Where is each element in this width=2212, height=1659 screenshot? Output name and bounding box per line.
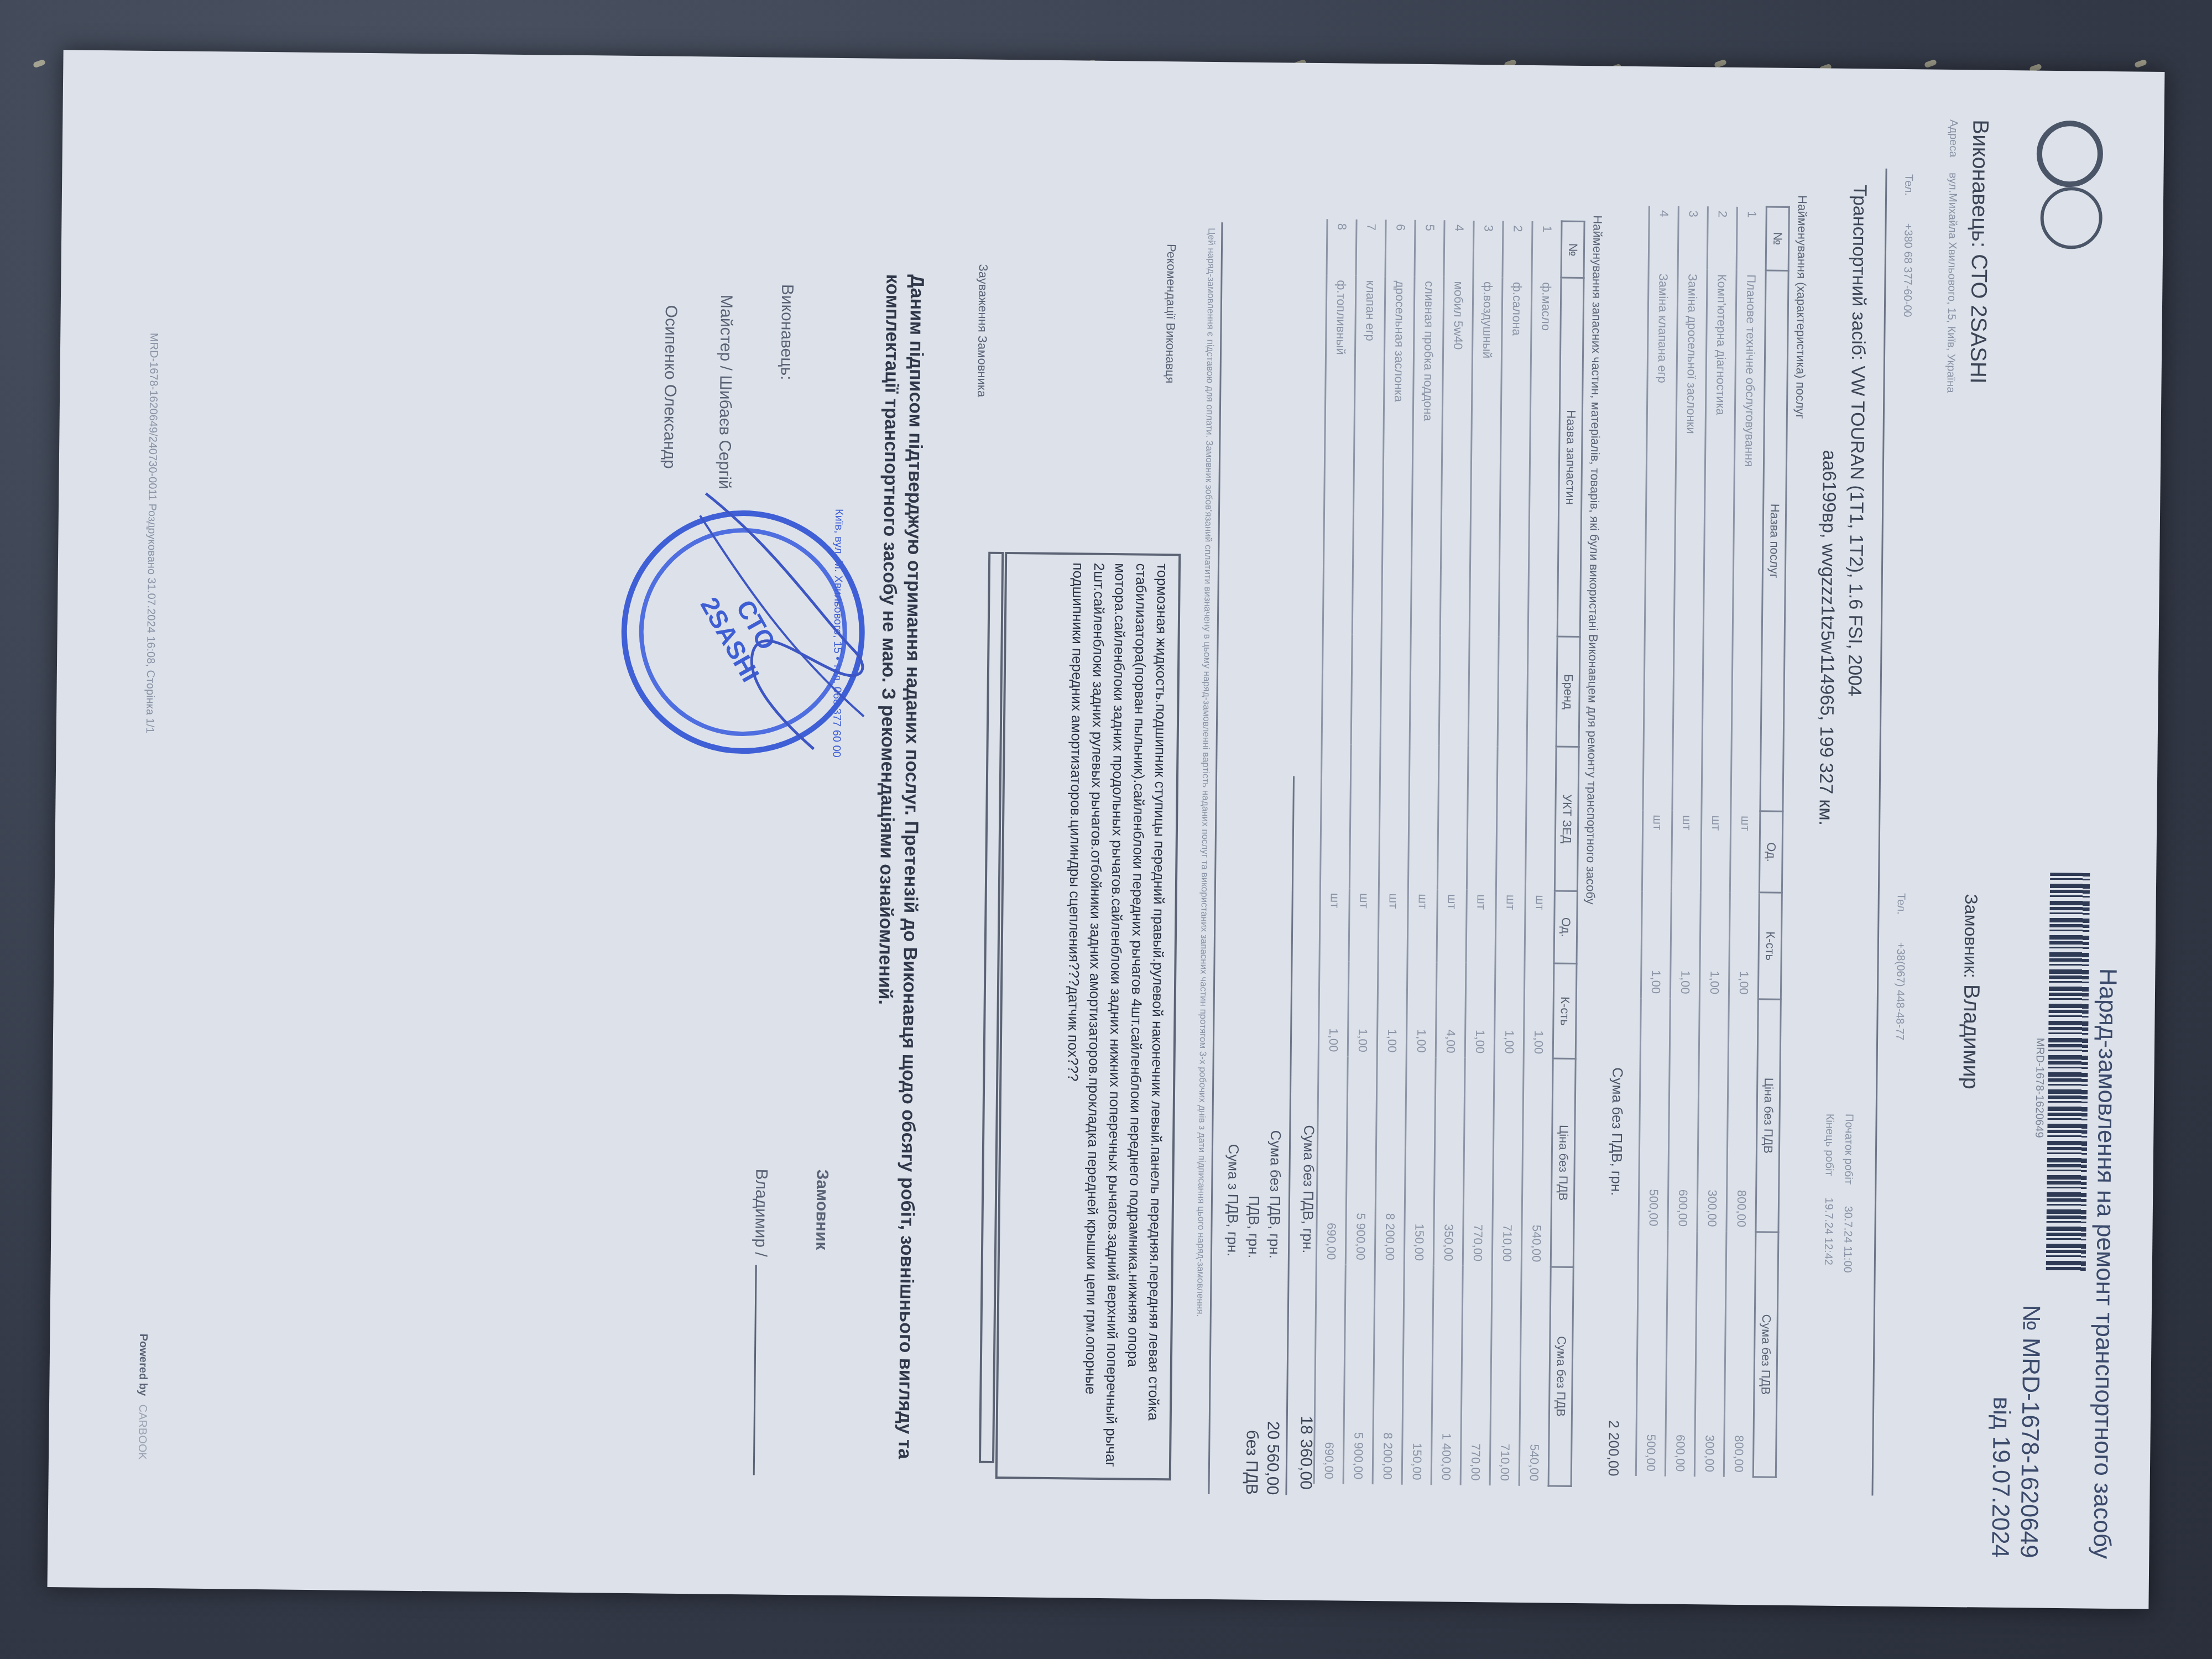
column-header: № bbox=[1766, 207, 1789, 270]
column-header: Сума без ПДВ bbox=[1548, 1266, 1573, 1486]
work-end: Кінець робіт 19.7.24 12:42 bbox=[1822, 1114, 1836, 1265]
customer-phone: Тел. +38(067) 448-48-77 bbox=[1893, 893, 1907, 1040]
executor-label: Виконавець: bbox=[1967, 119, 1992, 248]
column-header: Назва запчастин bbox=[1557, 278, 1584, 637]
column-header: Бренд bbox=[1556, 637, 1580, 747]
price: 8 200,00 bbox=[1375, 1057, 1406, 1265]
parts-table: №Назва запчастинБрендУКТ ЗЕДОд.К-стьЦіна… bbox=[1313, 218, 1585, 1487]
sum: 690,00 bbox=[1314, 1264, 1345, 1484]
price: 540,00 bbox=[1521, 1058, 1553, 1267]
row-number: 1 bbox=[1736, 206, 1766, 270]
row-number: 3 bbox=[1473, 220, 1503, 277]
row-number: 2 bbox=[1503, 221, 1532, 278]
column-header: Од. bbox=[1554, 891, 1577, 964]
sum: 1 400,00 bbox=[1431, 1265, 1463, 1485]
powered-by: Powered by CARBOOK bbox=[135, 1334, 149, 1460]
row-number: 1 bbox=[1532, 221, 1562, 278]
unit: шт bbox=[1671, 811, 1702, 892]
parts-total-label: Сума без ПДВ, грн. bbox=[1300, 1125, 1317, 1254]
service-name: Заміна дросельної заслонки bbox=[1672, 269, 1707, 811]
work-start-label: Початок робіт bbox=[1842, 1114, 1855, 1185]
column-header: № bbox=[1561, 221, 1584, 278]
column-header: Од. bbox=[1759, 811, 1783, 893]
recommendations-box: тормозная жидкость.подшипник ступицы пер… bbox=[995, 552, 1181, 1480]
row-number: 7 bbox=[1356, 219, 1386, 276]
unit: шт bbox=[1495, 890, 1525, 963]
price: 500,00 bbox=[1639, 998, 1670, 1231]
executor-phone: Тел. +380 68 377-60-00 bbox=[1901, 174, 1915, 317]
unit: шт bbox=[1466, 890, 1496, 963]
customer-name: Владимир bbox=[1958, 984, 1984, 1089]
brand bbox=[1322, 634, 1352, 745]
master-sign: Майстер / Шибаєв Сергій bbox=[714, 295, 735, 489]
services-total-label: Сума без ПДВ, грн. bbox=[1608, 1067, 1626, 1196]
part-name: ф.топливный bbox=[1323, 275, 1356, 634]
sum: 5 900,00 bbox=[1343, 1265, 1375, 1484]
barcode bbox=[2046, 873, 2090, 1271]
work-end-label: Кінець робіт bbox=[1823, 1114, 1836, 1176]
signature-line bbox=[753, 1265, 757, 1475]
customer-remarks-label: Зауваження Замовника bbox=[974, 264, 990, 397]
quantity: 4,00 bbox=[1436, 962, 1466, 1058]
customer-phone-value: +38(067) 448-48-77 bbox=[1893, 942, 1907, 1041]
quantity: 1,00 bbox=[1524, 963, 1554, 1058]
vat-label: ПДВ, грн. bbox=[1245, 1196, 1262, 1259]
ukt-zed-code bbox=[1349, 745, 1380, 889]
column-header: УКТ ЗЕД bbox=[1554, 747, 1579, 891]
brand bbox=[1498, 636, 1528, 747]
powered-by-label: Powered by bbox=[137, 1334, 149, 1396]
quantity: 1,00 bbox=[1641, 891, 1671, 998]
column-header: Ціна без ПДВ bbox=[1551, 1058, 1575, 1267]
quantity: 1,00 bbox=[1406, 962, 1437, 1057]
ukt-zed-code bbox=[1496, 746, 1527, 890]
brand bbox=[1380, 635, 1411, 745]
service-name: Комп'ютерна діагностика bbox=[1702, 269, 1736, 811]
services-title: Найменування (характеристика) послуг bbox=[1793, 195, 1809, 419]
brand bbox=[1439, 635, 1469, 746]
service-name: Планове технічне обслуговування bbox=[1731, 270, 1766, 811]
customer-sign: Владимир / bbox=[749, 1168, 771, 1475]
manager-sign: Осипенко Олександр bbox=[660, 305, 680, 469]
quantity: 1,00 bbox=[1318, 961, 1349, 1057]
ukt-zed-code bbox=[1467, 746, 1498, 890]
brand bbox=[1468, 635, 1499, 746]
part-name: дросельная заслонка bbox=[1381, 276, 1415, 635]
vehicle-model: VW TOURAN (1T1, 1T2), 1.6 FSI, 2004 bbox=[1844, 366, 1869, 696]
document-header: Наряд-замовлення на ремонт транспортного… bbox=[1985, 120, 2131, 1559]
unit: шт bbox=[1407, 889, 1437, 962]
part-name: ф.салона bbox=[1499, 277, 1532, 636]
quantity: 1,00 bbox=[1670, 891, 1700, 998]
sum: 150,00 bbox=[1402, 1265, 1433, 1485]
work-start-value: 30.7.24 11:00 bbox=[1841, 1206, 1854, 1273]
brand bbox=[1527, 637, 1557, 747]
quantity: 1,00 bbox=[1348, 961, 1378, 1057]
executor-block: Виконавець: СТО 2SASHI bbox=[1965, 119, 1993, 384]
legal-note: Цей наряд-замовлення є підставою для опл… bbox=[1192, 228, 1218, 1472]
stitch bbox=[2134, 59, 2147, 69]
customer-phone-label: Тел. bbox=[1895, 893, 1907, 915]
ukt-zed-code bbox=[1525, 747, 1556, 891]
recommendations-text: тормозная жидкость.подшипник ступицы пер… bbox=[1058, 562, 1173, 1470]
repair-order-document: Наряд-замовлення на ремонт транспортного… bbox=[48, 50, 2165, 1609]
ukt-zed-code bbox=[1379, 745, 1410, 889]
row-number: 3 bbox=[1678, 206, 1708, 269]
sum: 800,00 bbox=[1724, 1232, 1756, 1477]
barcode-text: MRD-1678-1620649 bbox=[2032, 1037, 2046, 1138]
quantity: 1,00 bbox=[1377, 962, 1407, 1057]
sum: 500,00 bbox=[1636, 1230, 1668, 1476]
sum-with-vat: Сума з ПДВ, грн. bbox=[1224, 775, 1246, 1256]
handwritten-signature bbox=[686, 482, 888, 761]
price: 800,00 bbox=[1726, 999, 1758, 1232]
price: 300,00 bbox=[1697, 999, 1729, 1232]
work-start: Початок робіт 30.7.24 11:00 bbox=[1841, 1114, 1855, 1273]
divider bbox=[1871, 169, 1887, 1496]
price: 690,00 bbox=[1316, 1056, 1348, 1265]
customer-block: Замовник: Владимир bbox=[1958, 894, 1985, 1089]
row-number: 8 bbox=[1327, 219, 1357, 276]
powered-by-brand: CARBOOK bbox=[136, 1405, 149, 1460]
vat-value: без ПДВ bbox=[1241, 1262, 1262, 1495]
row-number: 4 bbox=[1648, 206, 1678, 269]
quantity: 1,00 bbox=[1494, 963, 1525, 1058]
price: 710,00 bbox=[1492, 1058, 1524, 1266]
column-header: К-сть bbox=[1758, 893, 1782, 999]
services-total-value: 2 200,00 bbox=[1605, 1200, 1625, 1477]
unit: шт bbox=[1378, 889, 1408, 962]
row-number: 5 bbox=[1415, 220, 1444, 276]
sum: 600,00 bbox=[1665, 1231, 1697, 1477]
row-number: 6 bbox=[1385, 220, 1415, 276]
ukt-zed-code bbox=[1408, 745, 1439, 890]
price: 150,00 bbox=[1404, 1057, 1436, 1266]
unit: шт bbox=[1319, 888, 1349, 961]
sum-with-vat-label: Сума з ПДВ, грн. bbox=[1224, 1144, 1242, 1256]
brand bbox=[1410, 635, 1440, 745]
work-end-value: 19.7.24 12:42 bbox=[1822, 1198, 1835, 1266]
part-name: ф.воздушный bbox=[1469, 277, 1503, 636]
part-name: клапан егр bbox=[1352, 276, 1385, 635]
unit: шт bbox=[1730, 811, 1760, 893]
phone-value: +380 68 377-60-00 bbox=[1901, 223, 1914, 317]
price: 770,00 bbox=[1463, 1058, 1494, 1266]
ukt-zed-code bbox=[1320, 744, 1351, 889]
row-number: 4 bbox=[1444, 220, 1474, 277]
unit: шт bbox=[1525, 890, 1554, 963]
brand bbox=[1351, 634, 1381, 745]
customer-sign-name: Владимир / bbox=[752, 1168, 771, 1257]
sum: 540,00 bbox=[1519, 1266, 1551, 1486]
part-name: ф.масло bbox=[1528, 278, 1561, 637]
grand-total-label: Сума без ПДВ, грн. bbox=[1266, 1130, 1284, 1259]
column-header: Сума без ПДВ bbox=[1753, 1232, 1778, 1478]
services-table: №Назва послугОд.К-стьЦіна без ПДВСума бе… bbox=[1635, 205, 1790, 1478]
quantity: 1,00 bbox=[1729, 893, 1759, 999]
column-header: К-сть bbox=[1553, 963, 1577, 1059]
quantity: 1,00 bbox=[1465, 962, 1495, 1058]
row-number: 2 bbox=[1707, 206, 1737, 270]
address-label: Адреса bbox=[1947, 119, 1960, 158]
stitch bbox=[1924, 59, 1937, 69]
confirmation-text: Даним підписом підтверджую отримання над… bbox=[868, 274, 929, 1491]
services-total: Сума без ПДВ, грн. 2 200,00 bbox=[1605, 835, 1629, 1477]
address-value: вул.Михайла Хвильового, 15, Київ, Україн… bbox=[1944, 173, 1959, 393]
phone-label: Тел. bbox=[1902, 174, 1914, 196]
executor-name: СТО 2SASHI bbox=[1966, 254, 1991, 384]
parts-title: Найменування запасних частин, матеріалів… bbox=[1583, 215, 1605, 904]
print-footer: MRD-1678-1620649/240730-0011 Роздрукован… bbox=[143, 333, 160, 734]
column-header: Ціна без ПДВ bbox=[1756, 999, 1781, 1232]
stitch bbox=[33, 59, 46, 69]
sum: 300,00 bbox=[1694, 1231, 1726, 1477]
vehicle-label: Транспортний засіб: bbox=[1848, 185, 1870, 361]
sum: 770,00 bbox=[1460, 1266, 1492, 1485]
vehicle-details: aa6199вр, wvgzzz1tz5w114965, 199 327 км. bbox=[1814, 450, 1840, 826]
grand-total-value: 20 560,00 bbox=[1262, 1262, 1284, 1495]
parts-total-value: 18 360,00 bbox=[1296, 1258, 1317, 1490]
customer-sign-label: Замовник bbox=[812, 1169, 832, 1250]
quantity: 1,00 bbox=[1699, 892, 1730, 999]
unit: шт bbox=[1349, 889, 1379, 962]
executor-sign-label: Виконавець: bbox=[776, 284, 796, 380]
sum: 8 200,00 bbox=[1373, 1265, 1404, 1484]
price: 5 900,00 bbox=[1345, 1057, 1377, 1265]
unit: шт bbox=[1700, 811, 1731, 892]
customer-label: Замовник: bbox=[1960, 894, 1981, 978]
part-name: сливная пробка поддона bbox=[1411, 276, 1444, 635]
ukt-zed-code bbox=[1437, 745, 1468, 890]
unit: шт bbox=[1437, 890, 1467, 963]
recommendations-label: Рекомендації Виконавця bbox=[1162, 244, 1178, 383]
vehicle-line: Транспортний засіб: VW TOURAN (1T1, 1T2)… bbox=[1844, 185, 1871, 696]
unit: шт bbox=[1642, 810, 1672, 891]
part-name: мобил 5w40 bbox=[1440, 276, 1473, 635]
price: 600,00 bbox=[1668, 998, 1699, 1231]
price: 350,00 bbox=[1433, 1057, 1465, 1266]
service-name: Заміна клапана егр bbox=[1643, 269, 1678, 810]
executor-address: Адреса вул.Михайла Хвильового, 15, Київ,… bbox=[1944, 119, 1959, 393]
sum: 710,00 bbox=[1490, 1266, 1521, 1485]
